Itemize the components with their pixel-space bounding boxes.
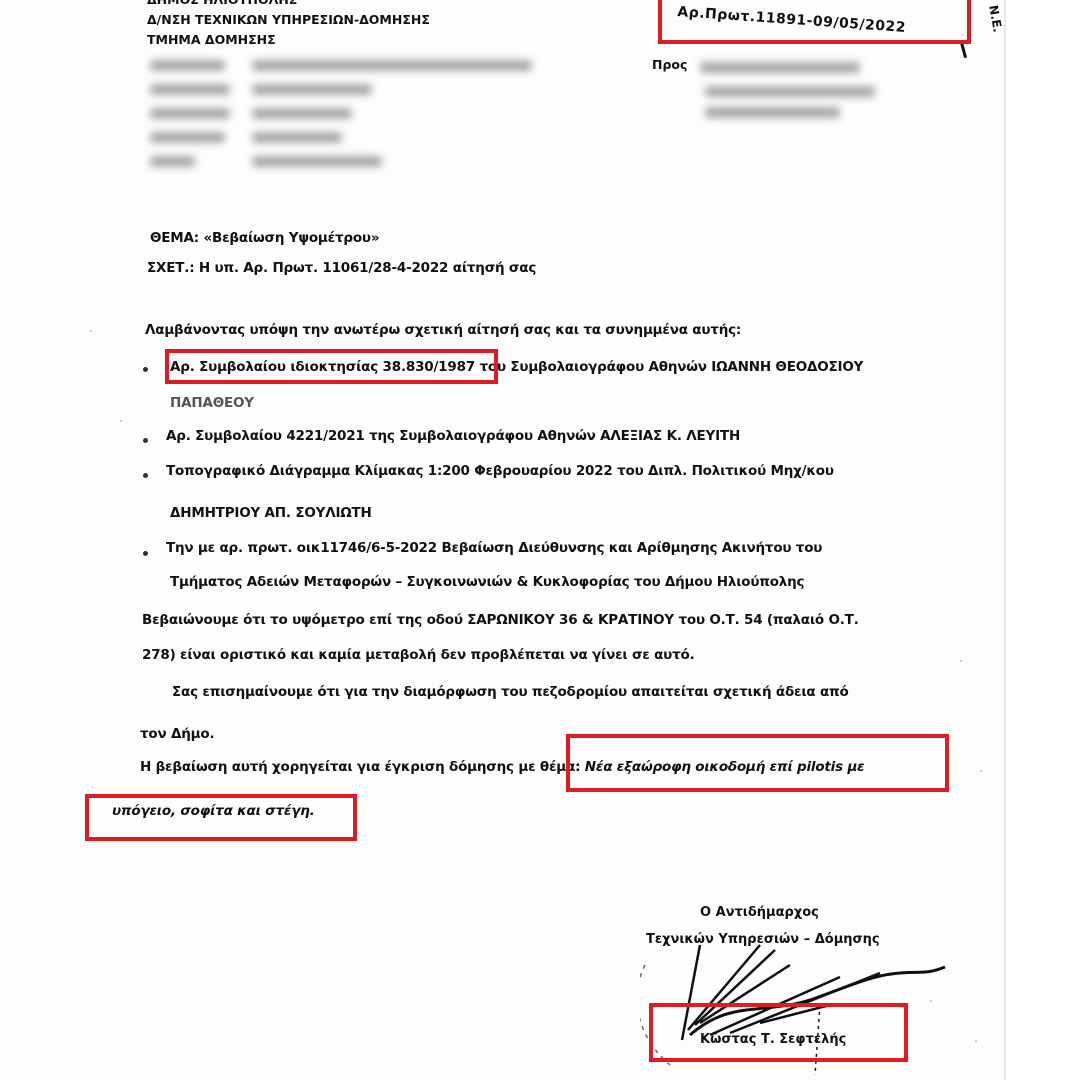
document-page: ΔΗΜΟΣ ΗΛΙΟΥΠΟΛΗΣ Δ/ΝΣΗ ΤΕΧΝΙΚΩΝ ΥΠΗΡΕΣΙΩ… — [0, 0, 1006, 1080]
subject-line: ΘΕΜΑ: «Βεβαίωση Υψομέτρου» — [150, 230, 379, 246]
highlight-protocol-number — [658, 0, 971, 44]
municipality-name: ΔΗΜΟΣ ΗΛΙΟΥΠΟΛΗΣ — [147, 0, 297, 7]
attachment-1-rest: του Συμβολαιογράφου Αθηνών ΙΩΑΝΝΗ ΘΕΟΔΟΣ… — [475, 359, 863, 375]
pen-stroke — [960, 42, 967, 58]
bullet-icon — [143, 551, 148, 556]
highlight-contract-number — [165, 349, 498, 384]
department-name: ΤΜΗΜΑ ΔΟΜΗΣΗΣ — [147, 32, 276, 47]
attachment-3-continuation: ΔΗΜΗΤΡΙΟΥ ΑΠ. ΣΟΥΛΙΩΤΗ — [170, 505, 372, 521]
bullet-icon — [143, 367, 148, 372]
intro-line: Λαμβάνοντας υπόψη την ανωτέρω σχετική αί… — [145, 322, 741, 338]
attachment-4-continuation: Τμήματος Αδειών Μεταφορών – Συγκοινωνιών… — [170, 574, 804, 590]
highlight-signatory-name — [649, 1003, 908, 1062]
reference-line: ΣΧΕΤ.: Η υπ. Αρ. Πρωτ. 11061/28-4-2022 α… — [147, 260, 536, 276]
directorate-name: Δ/ΝΣΗ ΤΕΧΝΙΚΩΝ ΥΠΗΡΕΣΙΩΝ-ΔΟΜΗΣΗΣ — [147, 12, 430, 27]
highlight-building-subject-continued — [85, 794, 357, 841]
notice-line-2: τον Δήμο. — [140, 726, 214, 742]
bullet-icon — [143, 473, 148, 478]
attachment-2: Αρ. Συμβολαίου 4221/2021 της Συμβολαιογρ… — [166, 428, 740, 444]
notice-line-1: Σας επισημαίνουμε ότι για την διαμόρφωση… — [172, 684, 849, 700]
highlight-building-subject — [566, 734, 949, 792]
attachment-1-continuation: ΠΑΠΑΘΕΟΥ — [170, 395, 254, 411]
certification-line-2: 278) είναι οριστικό και καμία μεταβολή δ… — [142, 647, 695, 663]
certification-line-1: Βεβαιώνουμε ότι το υψόμετρο επί της οδού… — [142, 612, 859, 628]
attachment-3: Τοπογραφικό Διάγραμμα Κλίμακας 1:200 Φεβ… — [166, 463, 834, 479]
bullet-icon — [143, 438, 148, 443]
attachment-4: Την με αρ. πρωτ. οικ11746/6-5-2022 Βεβαί… — [166, 540, 822, 556]
side-mark: Ν.Ε. — [986, 4, 1005, 33]
recipient-label: Προς — [652, 57, 687, 72]
approval-prefix: Η βεβαίωση αυτή χορηγείται για έγκριση δ… — [140, 759, 540, 775]
